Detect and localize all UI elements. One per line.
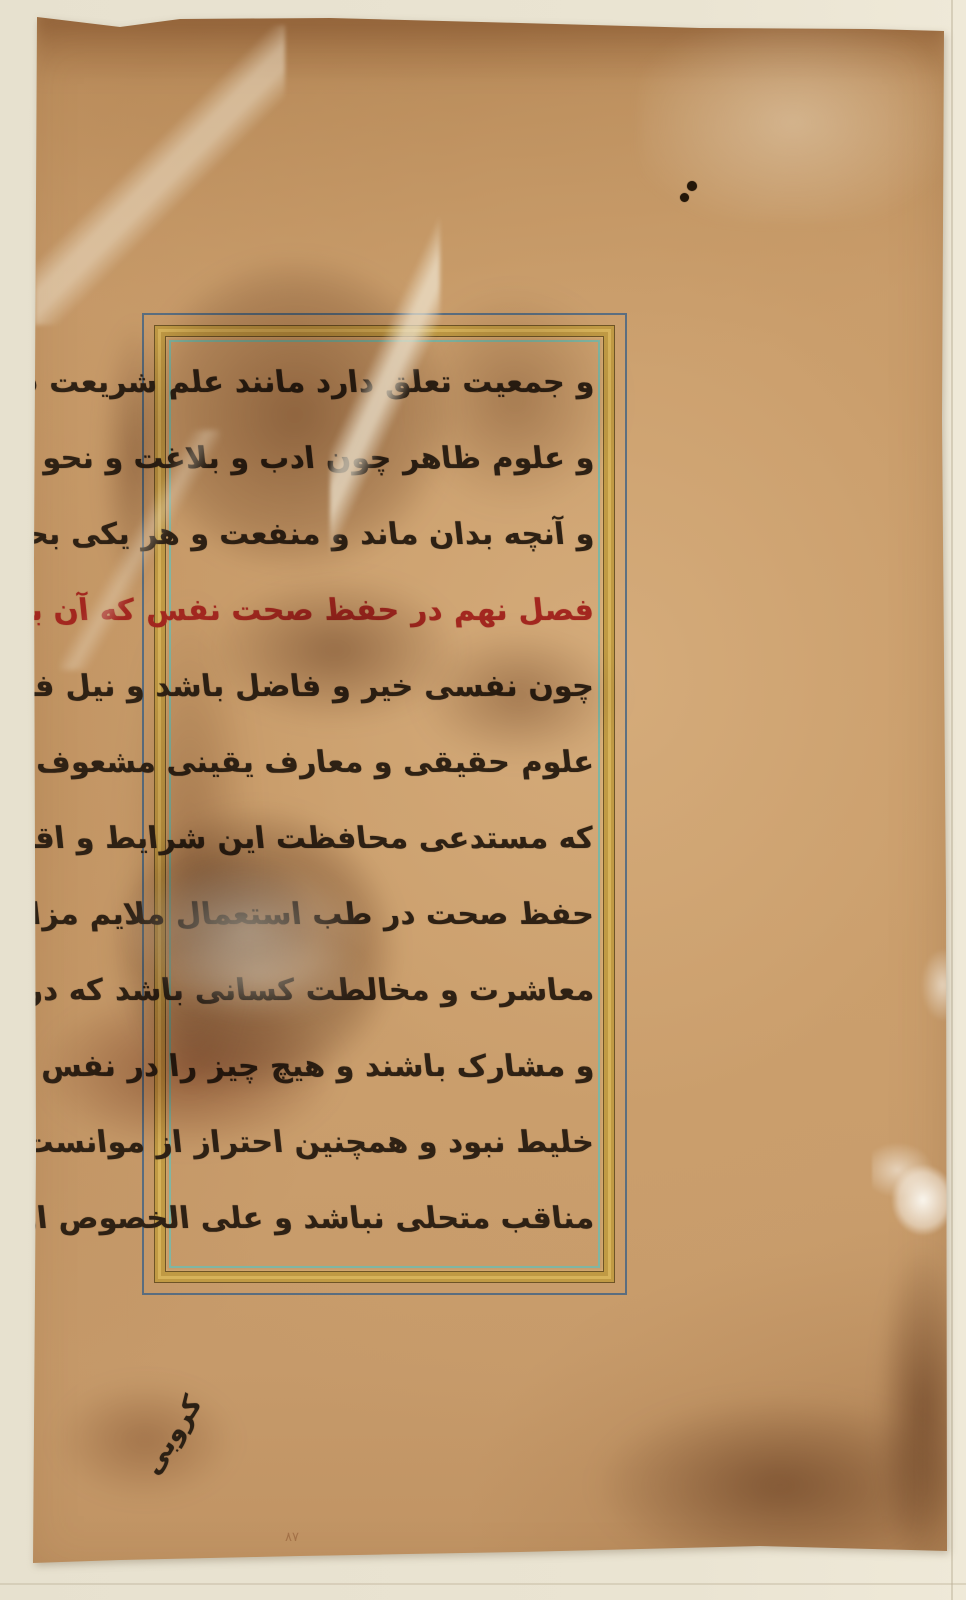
edge-translucency xyxy=(640,22,945,222)
manuscript-leaf: و جمعیت تعلق دارد مانند علم شریعت فقه و … xyxy=(0,0,966,1600)
manuscript-line: که مستدعی محافظت این شرایط و اقامت مراسم… xyxy=(171,803,598,879)
manuscript-line: خلیط نبود و همچنین احتراز از موانست و مج… xyxy=(171,1107,598,1183)
manuscript-line: مناقب متحلی نباشد و علی الخصوص از اختلاط… xyxy=(171,1183,598,1259)
paper-stain-top-band xyxy=(35,10,945,85)
manuscript-line: چون نفسی خیر و فاضل باشد و نیل فضیلت و ت… xyxy=(171,651,598,727)
manuscript-line: معاشرت و مخالطت کسانی باشد که در تحصیل ذ… xyxy=(171,955,598,1031)
manuscript-leaf-wrap: و جمعیت تعلق دارد مانند علم شریعت فقه و … xyxy=(0,0,966,1600)
fiber-damage xyxy=(922,950,964,1020)
manuscript-line: علوم حقیقی و معارف یقینی مشعوف و واجب بو… xyxy=(171,727,598,803)
paper-stain xyxy=(600,1400,960,1570)
ink-dot xyxy=(687,181,697,191)
catchword: کروبی xyxy=(113,1390,208,1517)
faint-margin-marks: ۸۷ xyxy=(285,1530,299,1545)
manuscript-line: و جمعیت تعلق دارد مانند علم شریعت فقه و … xyxy=(171,347,598,423)
manuscript-line: و مشارک باشند و هیچ چیز را در نفس تاثیر … xyxy=(171,1031,598,1107)
manuscript-rubric-line: فصل نهم در حفظ صحت نفس که آن بمحافظت فضا… xyxy=(171,575,598,651)
manuscript-line: و علوم ظاهر چون ادب و بلاغت و نحو و کتاب… xyxy=(171,423,598,499)
ink-dot xyxy=(680,193,689,202)
manuscript-line: حفظ صحت در طب استعمال ملایم مزاج و قانون… xyxy=(171,879,598,955)
manuscript-line: و آنچه بدان ماند و منفعت و هر یکی بحسب م… xyxy=(171,499,598,575)
crease-top-left xyxy=(35,25,285,325)
photograph-backdrop: { "artifact": { "kind": "Persian manuscr… xyxy=(0,0,966,1600)
text-block: و جمعیت تعلق دارد مانند علم شریعت فقه و … xyxy=(175,347,594,1263)
fiber-damage xyxy=(872,1140,957,1240)
paper-stain xyxy=(880,1250,965,1570)
